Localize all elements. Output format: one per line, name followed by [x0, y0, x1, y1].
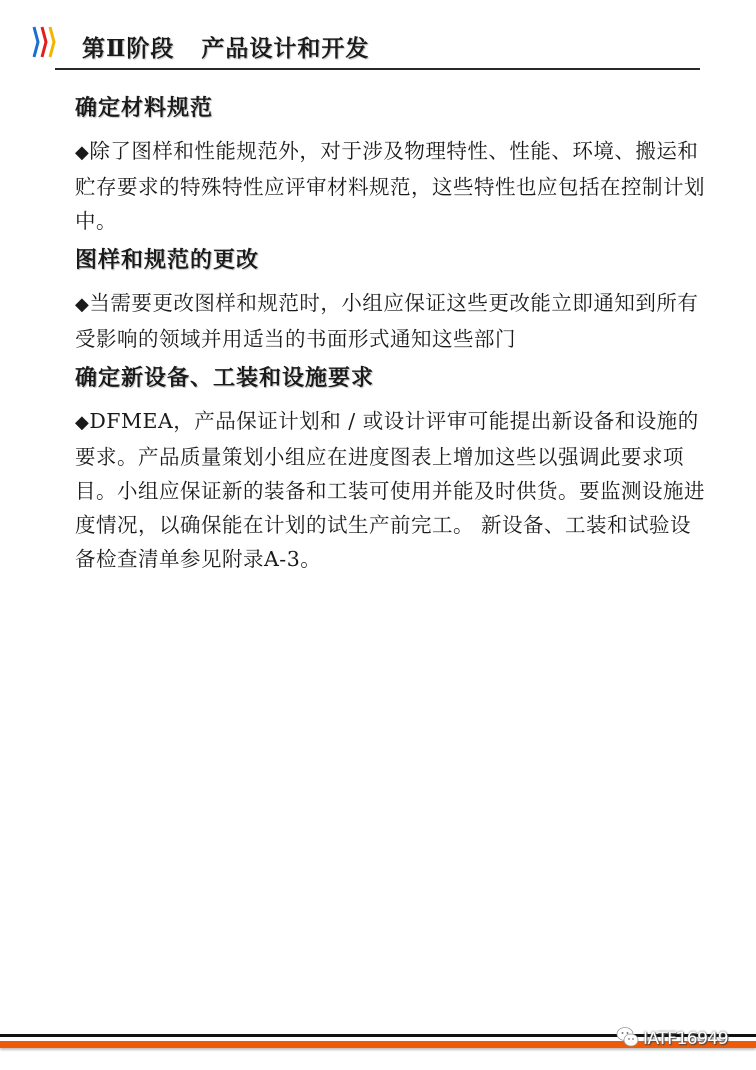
document-content: 确定材料规范 ◆除了图样和性能规范外，对于涉及物理特性、性能、环境、搬运和贮存要… — [75, 88, 705, 578]
diamond-bullet-icon: ◆ — [75, 142, 89, 163]
section-heading: 确定新设备、工装和设施要求 — [75, 358, 705, 398]
section-text: 除了图样和性能规范外，对于涉及物理特性、性能、环境、搬运和贮存要求的特殊特性应评… — [75, 139, 705, 233]
watermark-text: IATF16949 — [643, 1029, 728, 1049]
diamond-bullet-icon: ◆ — [75, 294, 89, 315]
section-material-spec: 确定材料规范 ◆除了图样和性能规范外，对于涉及物理特性、性能、环境、搬运和贮存要… — [75, 88, 705, 238]
section-heading: 图样和规范的更改 — [75, 240, 705, 280]
header-divider — [55, 68, 700, 70]
section-text: DFMEA，产品保证计划和 / 或设计评审可能提出新设备和设施的要求。产品质量策… — [75, 409, 705, 571]
section-drawing-change: 图样和规范的更改 ◆当需要更改图样和规范时，小组应保证这些更改能立即通知到所有受… — [75, 240, 705, 356]
section-body: ◆当需要更改图样和规范时，小组应保证这些更改能立即通知到所有受影响的领域并用适当… — [75, 286, 705, 356]
section-equipment-requirements: 确定新设备、工装和设施要求 ◆DFMEA，产品保证计划和 / 或设计评审可能提出… — [75, 358, 705, 576]
wechat-icon — [616, 1026, 640, 1052]
diamond-bullet-icon: ◆ — [75, 412, 89, 433]
section-heading: 确定材料规范 — [75, 88, 705, 128]
section-body: ◆DFMEA，产品保证计划和 / 或设计评审可能提出新设备和设施的要求。产品质量… — [75, 404, 705, 576]
section-body: ◆除了图样和性能规范外，对于涉及物理特性、性能、环境、搬运和贮存要求的特殊特性应… — [75, 134, 705, 238]
page-title: 第Ⅱ阶段 产品设计和开发 — [82, 30, 369, 63]
watermark: IATF16949 — [616, 1026, 728, 1052]
chevron-logo-icon — [32, 25, 56, 59]
section-text: 当需要更改图样和规范时，小组应保证这些更改能立即通知到所有受影响的领域并用适当的… — [75, 291, 698, 351]
